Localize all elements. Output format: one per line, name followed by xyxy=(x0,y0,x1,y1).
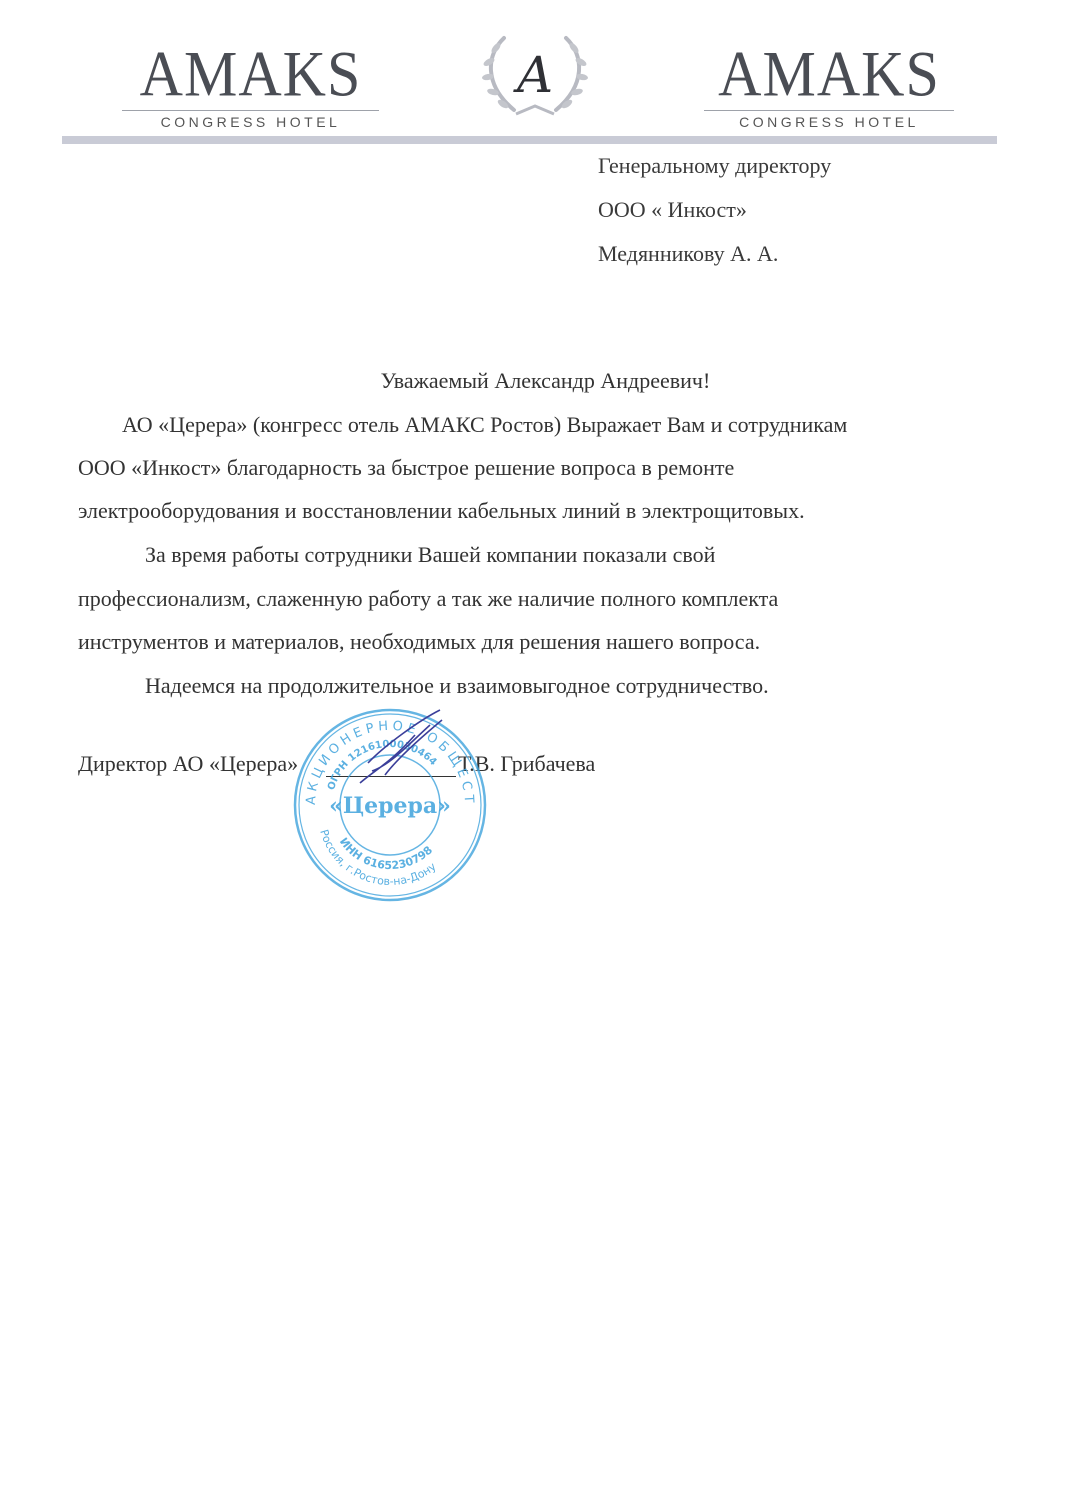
company-seal-stamp: АКЦИОНЕРНОЕ ОБЩЕСТВО ОГРН 1216100030464 … xyxy=(290,705,490,905)
amaks-logo-left: AMAKS CONGRESS HOTEL xyxy=(118,44,383,130)
paragraph1-line3: электрооборудования и восстановлении каб… xyxy=(78,498,805,524)
stamp-center-text: «Церера» xyxy=(329,793,451,819)
logo-underline xyxy=(122,110,379,111)
logo-subtitle: CONGRESS HOTEL xyxy=(700,114,958,130)
emblem-letter: A xyxy=(513,46,553,104)
letterhead-divider xyxy=(62,136,997,144)
logo-title: AMAKS xyxy=(700,42,958,107)
addressee-position: Генеральному директору xyxy=(598,153,831,179)
paragraph1-line1: АО «Церера» (конгресс отель АМАКС Ростов… xyxy=(122,412,847,438)
salutation: Уважаемый Александр Андреевич! xyxy=(0,368,1091,394)
paragraph1-line2: ООО «Инкост» благодарность за быстрое ре… xyxy=(78,455,734,481)
paragraph2-line2: профессионализм, слаженную работу а так … xyxy=(78,586,778,612)
logo-underline xyxy=(704,110,954,111)
addressee-name: Медянникову А. А. xyxy=(598,241,778,267)
addressee-company: ООО « Инкост» xyxy=(598,197,747,223)
paragraph3: Надеемся на продолжительное и взаимовыго… xyxy=(145,673,769,699)
laurel-wreath-icon: A xyxy=(474,30,596,122)
paragraph2-line3: инструментов и материалов, необходимых д… xyxy=(78,629,760,655)
logo-title: AMAKS xyxy=(118,42,383,107)
paragraph2-line1: За время работы сотрудники Вашей компани… xyxy=(145,542,715,568)
logo-subtitle: CONGRESS HOTEL xyxy=(118,114,383,130)
signatory-title: Директор АО «Церера» xyxy=(78,751,298,777)
amaks-logo-right: AMAKS CONGRESS HOTEL xyxy=(700,44,958,130)
